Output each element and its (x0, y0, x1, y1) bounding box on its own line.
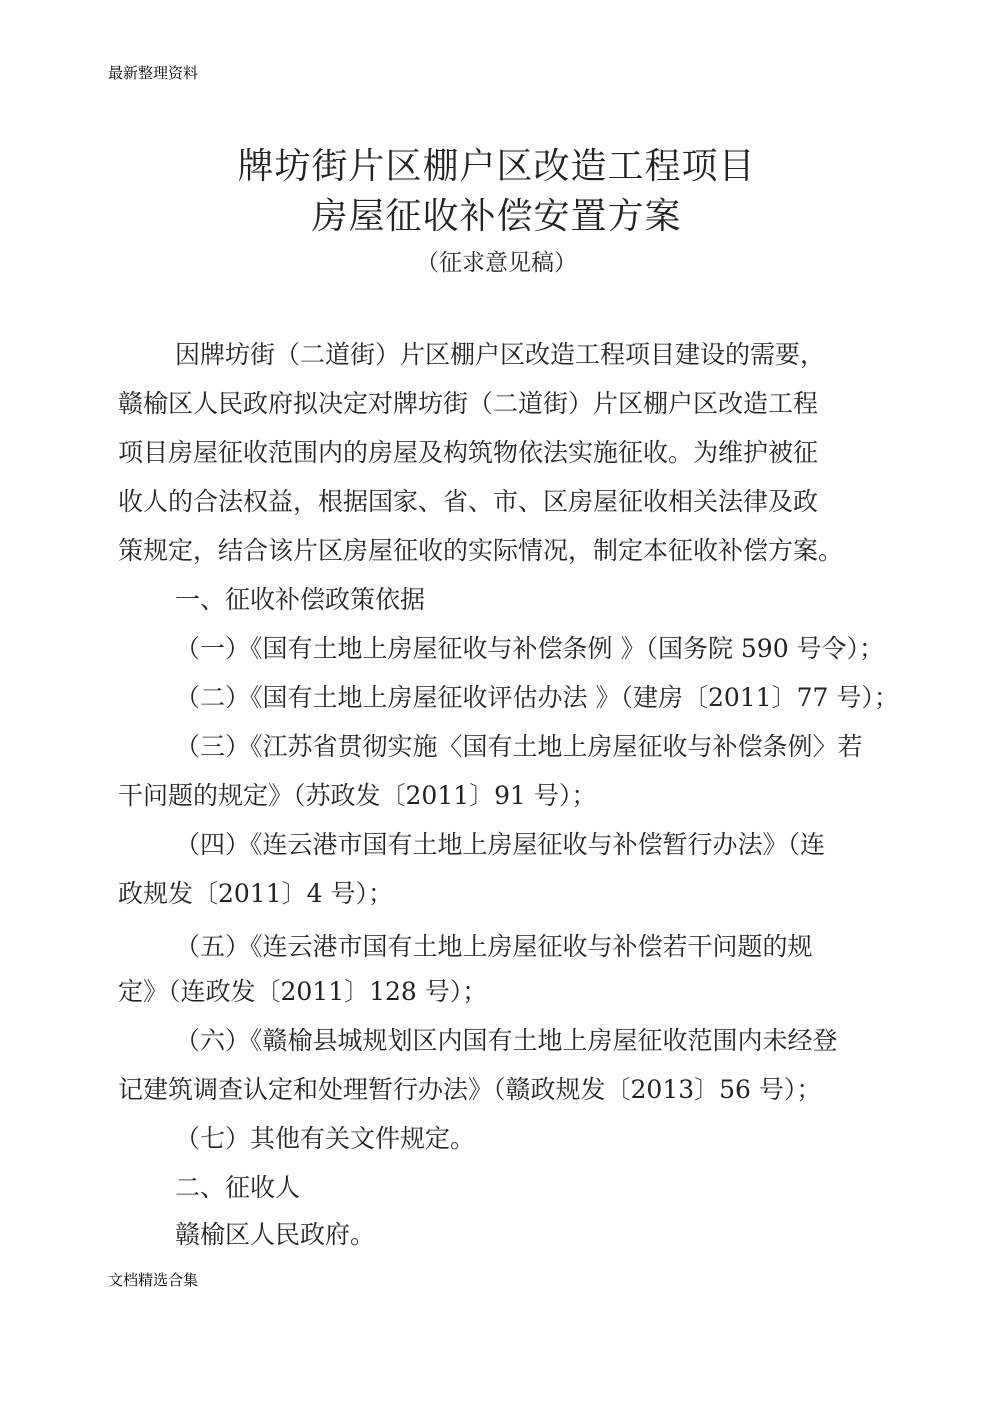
footer-note: 文档精选合集 (108, 1269, 198, 1290)
list-item: （二）《国有土地上房屋征收评估办法 》（建房〔2011〕77 号）； (175, 683, 899, 713)
document-title-line-2: 房屋征收补偿安置方案 (0, 188, 993, 239)
paragraph-line: 策规定，结合该片区房屋征收的实际情况，制定本征收补偿方案。 (118, 536, 843, 566)
section-heading: 一、征收补偿政策依据 (175, 585, 425, 615)
list-item: （五）《连云港市国有土地上房屋征收与补偿若干问题的规 (175, 932, 813, 962)
list-item-continuation: 记建筑调查认定和处理暂行办法》（赣政规发〔2013〕56 号）； (118, 1075, 821, 1105)
section-content: 赣榆区人民政府。 (175, 1220, 375, 1250)
paragraph-line: 赣榆区人民政府拟决定对牌坊街（二道街）片区棚户区改造工程 (118, 389, 818, 419)
list-item-continuation: 定》（连政发〔2011〕128 号）； (118, 977, 487, 1007)
paragraph-line: 项目房屋征收范围内的房屋及构筑物依法实施征收。为维护被征 (118, 438, 818, 468)
section-heading: 二、征收人 (175, 1173, 300, 1203)
list-item: （三）《江苏省贯彻实施〈国有土地上房屋征收与补偿条例〉若 (175, 732, 863, 762)
list-item: （六）《赣榆县城规划区内国有土地上房屋征收范围内未经登 (175, 1026, 838, 1056)
list-item: （一）《国有土地上房屋征收与补偿条例 》（国务院 590 号令）； (175, 634, 884, 664)
paragraph-line: 收人的合法权益，根据国家、省、市、区房屋征收相关法律及政 (118, 487, 818, 517)
list-item: （四）《连云港市国有土地上房屋征收与补偿暂行办法》（连 (175, 830, 825, 860)
paragraph-line: 因牌坊街（二道街）片区棚户区改造工程项目建设的需要， (175, 340, 825, 370)
document-title-line-1: 牌坊街片区棚户区改造工程项目 (0, 138, 993, 189)
header-note: 最新整理资料 (108, 62, 198, 83)
list-item: （七）其他有关文件规定。 (175, 1124, 475, 1154)
list-item-continuation: 政规发〔2011〕4 号）； (118, 879, 393, 909)
document-subtitle: （征求意见稿） (0, 244, 993, 277)
list-item-continuation: 干问题的规定》（苏政发〔2011〕91 号）； (118, 781, 596, 811)
